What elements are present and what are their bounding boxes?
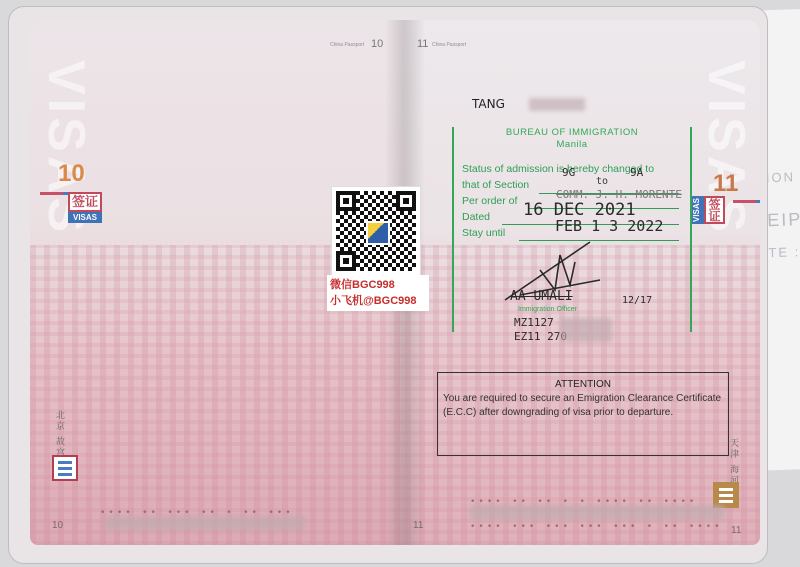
place-label: 天津 海河 bbox=[728, 438, 741, 487]
visas-badge: 签证 VISAS bbox=[68, 192, 102, 223]
qr-caption: 微信BGC998 小飞机@BGC998 bbox=[327, 275, 429, 311]
visas-badge-cn: 签证 bbox=[68, 192, 102, 212]
place-label: 北京 故宫 bbox=[54, 410, 67, 459]
attention-title: ATTENTION bbox=[438, 379, 728, 390]
page-header-label: China Passport bbox=[330, 42, 364, 48]
visas-badge-en: VISAS bbox=[68, 212, 102, 223]
reference-1: MZ1127 bbox=[514, 316, 554, 329]
sheet-fragment: TE : bbox=[768, 244, 800, 260]
stamp-stay-label: Stay until bbox=[462, 227, 505, 239]
wechat-id: 微信BGC998 bbox=[330, 277, 426, 293]
section-from-value: 9G bbox=[562, 166, 575, 179]
visas-badge-cn: 签证 bbox=[704, 196, 725, 224]
stay-until-value: FEB 1 3 2022 bbox=[555, 217, 663, 235]
holder-name: TANG bbox=[472, 97, 585, 111]
qr-logo-icon bbox=[366, 221, 390, 245]
redacted-reference bbox=[560, 318, 612, 342]
signed-date: 12/17 bbox=[622, 295, 652, 306]
stamp-section-label: that of Section bbox=[462, 179, 529, 191]
page-header-number: 10 bbox=[371, 38, 383, 50]
stamp-agency: BUREAU OF IMMIGRATION Manila bbox=[454, 127, 690, 151]
page-header-label: China Passport bbox=[432, 42, 466, 48]
officer-name: AA UMALI bbox=[510, 289, 573, 304]
section-to-word: to bbox=[596, 176, 608, 187]
visas-badge: VISAS 签证 bbox=[692, 196, 725, 224]
redacted-name bbox=[529, 98, 585, 111]
stamp-order-label: Per order of bbox=[462, 195, 517, 207]
stamp-line-status: Status of admission is hereby changed to bbox=[462, 163, 654, 175]
redacted-mrz bbox=[105, 516, 305, 530]
visas-badge-en: VISAS bbox=[692, 196, 704, 224]
sheet-fragment: ION bbox=[766, 169, 796, 185]
page-number: 10 bbox=[58, 160, 85, 188]
stamp-dated-label: Dated bbox=[462, 211, 490, 223]
page-mark bbox=[733, 200, 760, 203]
telegram-id: 小飞机@BGC998 bbox=[330, 293, 426, 309]
footer-page-number: 10 bbox=[52, 520, 63, 531]
trigram-icon bbox=[52, 455, 78, 481]
officer-title: Immigration Officer bbox=[518, 306, 577, 313]
sheet-fragment: EIP bbox=[767, 209, 800, 231]
footer-page-number: 11 bbox=[731, 525, 741, 536]
attention-body: You are required to secure an Emigration… bbox=[438, 390, 728, 422]
redacted-mrz bbox=[470, 505, 725, 520]
page-number: 11 bbox=[713, 170, 738, 198]
attention-notice: ATTENTION You are required to secure an … bbox=[437, 372, 729, 456]
section-to-value: 9A bbox=[630, 166, 643, 179]
qr-code-icon bbox=[331, 186, 421, 276]
mrz-line: •••• ••• ••• ••• ••• • •• •••• bbox=[470, 522, 723, 532]
